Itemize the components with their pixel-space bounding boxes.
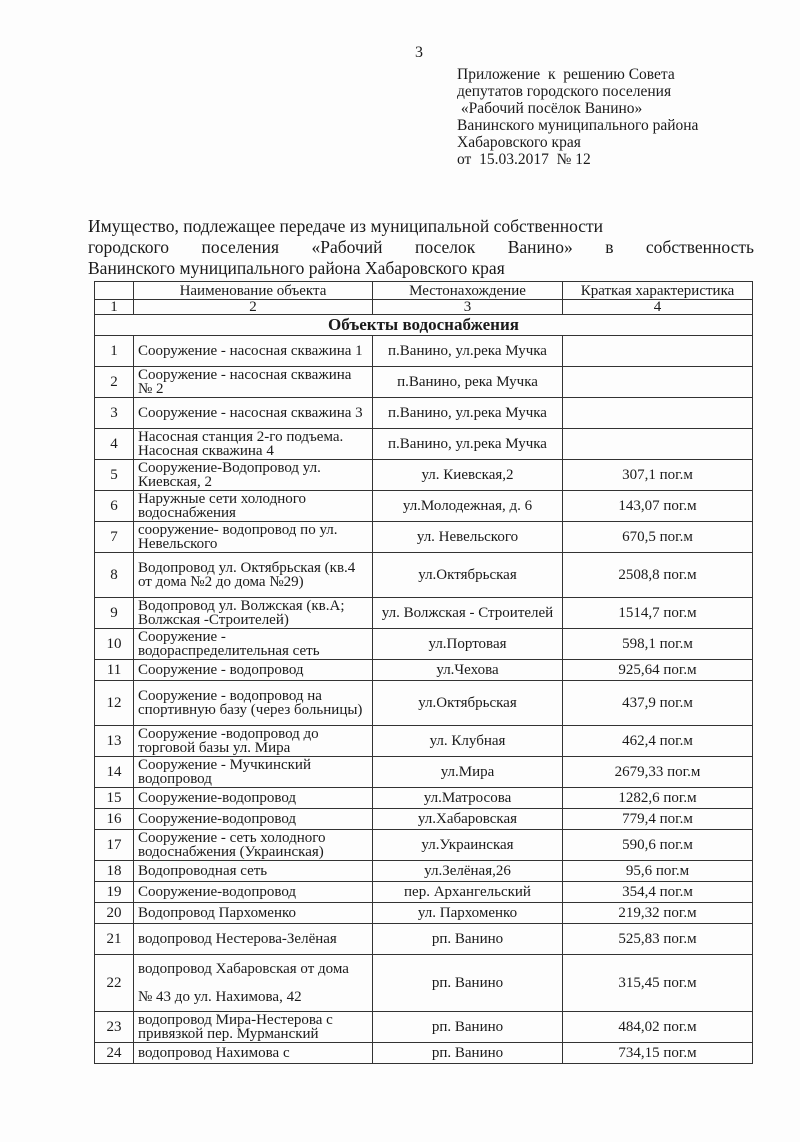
row-number: 22	[95, 955, 134, 1012]
object-name: Сооружение - водопровод	[134, 660, 373, 681]
characteristic: 670,5 пог.м	[563, 522, 753, 553]
location: рп. Ванино	[373, 1012, 563, 1043]
row-number: 1	[95, 336, 134, 367]
object-name: Сооружение - водораспределительная сеть	[134, 629, 373, 660]
table-row: 12Сооружение - водопровод на спортивную …	[95, 681, 753, 726]
object-name: водопровод Нахимова с	[134, 1043, 373, 1064]
location: ул.Октябрьская	[373, 553, 563, 598]
characteristic: 590,6 пог.м	[563, 830, 753, 861]
location: ул. Волжская - Строителей	[373, 598, 563, 629]
object-name: сооружение- водопровод по ул. Невельског…	[134, 522, 373, 553]
location: ул.Портовая	[373, 629, 563, 660]
characteristic: 437,9 пог.м	[563, 681, 753, 726]
row-number: 11	[95, 660, 134, 681]
heading-line: городского поселения «Рабочий поселок Ва…	[88, 237, 754, 258]
row-number: 14	[95, 757, 134, 788]
property-table: Наименование объекта Местонахождение Кра…	[94, 281, 753, 1064]
table-row: 22водопровод Хабаровская от дома № 43 до…	[95, 955, 753, 1012]
location: п.Ванино, ул.река Мучка	[373, 336, 563, 367]
location: ул. Клубная	[373, 726, 563, 757]
row-number: 21	[95, 924, 134, 955]
characteristic: 484,02 пог.м	[563, 1012, 753, 1043]
table-row: 4Насосная станция 2-го подъема. Насосная…	[95, 429, 753, 460]
row-number: 7	[95, 522, 134, 553]
table-row: 7сооружение- водопровод по ул. Невельско…	[95, 522, 753, 553]
row-number: 17	[95, 830, 134, 861]
location: ул. Киевская,2	[373, 460, 563, 491]
appendix-header: Приложение к решению Совета депутатов го…	[457, 66, 698, 168]
table-row: 10Сооружение - водораспределительная сет…	[95, 629, 753, 660]
document-heading: Имущество, подлежащее передаче из муници…	[88, 216, 754, 279]
appendix-line: Хабаровского края	[457, 134, 581, 151]
appendix-line: депутатов городского поселения	[457, 83, 671, 100]
characteristic	[563, 336, 753, 367]
object-name: Сооружение-водопровод	[134, 882, 373, 903]
header-characteristic: Краткая характеристика	[563, 282, 753, 300]
location: ул.Октябрьская	[373, 681, 563, 726]
heading-line: Ванинского муниципального района Хабаров…	[88, 258, 754, 279]
column-index-row: 1 2 3 4	[95, 300, 753, 315]
characteristic: 307,1 пог.м	[563, 460, 753, 491]
location: ул. Пархоменко	[373, 903, 563, 924]
location: рп. Ванино	[373, 955, 563, 1012]
table-row: 17Сооружение - сеть холодного водоснабже…	[95, 830, 753, 861]
characteristic: 143,07 пог.м	[563, 491, 753, 522]
row-number: 2	[95, 367, 134, 398]
row-number: 15	[95, 788, 134, 809]
characteristic	[563, 429, 753, 460]
characteristic: 1514,7 пог.м	[563, 598, 753, 629]
characteristic: 734,15 пог.м	[563, 1043, 753, 1064]
location: ул.Мира	[373, 757, 563, 788]
location: ул. Невельского	[373, 522, 563, 553]
page-number: 3	[415, 44, 423, 62]
object-name: Сооружение-водопровод	[134, 788, 373, 809]
object-name: Водопроводная сеть	[134, 861, 373, 882]
characteristic: 315,45 пог.м	[563, 955, 753, 1012]
object-name: Сооружение-Водопровод ул. Киевская, 2	[134, 460, 373, 491]
row-number: 12	[95, 681, 134, 726]
characteristic: 219,32 пог.м	[563, 903, 753, 924]
table-row: 11Сооружение - водопроводул.Чехова925,64…	[95, 660, 753, 681]
characteristic: 779,4 пог.м	[563, 809, 753, 830]
row-number: 5	[95, 460, 134, 491]
section-row: Объекты водоснабжения	[95, 315, 753, 336]
location: ул.Чехова	[373, 660, 563, 681]
location: ул.Матросова	[373, 788, 563, 809]
row-number: 16	[95, 809, 134, 830]
table-row: 19Сооружение-водопроводпер. Архангельски…	[95, 882, 753, 903]
object-name: Сооружение - сеть холодного водоснабжени…	[134, 830, 373, 861]
object-name: Сооружение -водопровод до торговой базы …	[134, 726, 373, 757]
column-index: 4	[563, 300, 753, 315]
row-number: 4	[95, 429, 134, 460]
row-number: 6	[95, 491, 134, 522]
object-name: Сооружение - насосная скважина 3	[134, 398, 373, 429]
characteristic: 2508,8 пог.м	[563, 553, 753, 598]
appendix-line: Приложение к решению Совета	[457, 66, 675, 83]
table-header-row: Наименование объекта Местонахождение Кра…	[95, 282, 753, 300]
row-number: 19	[95, 882, 134, 903]
appendix-line: «Рабочий посёлок Ванино»	[457, 100, 642, 117]
table-row: 6Наружные сети холодного водоснабженияул…	[95, 491, 753, 522]
object-name: Водопровод ул. Октябрьская (кв.4 от дома…	[134, 553, 373, 598]
row-number: 20	[95, 903, 134, 924]
location: ул.Хабаровская	[373, 809, 563, 830]
object-name: Водопровод ул. Волжская (кв.А; Волжская …	[134, 598, 373, 629]
row-number: 10	[95, 629, 134, 660]
column-index: 3	[373, 300, 563, 315]
location: рп. Ванино	[373, 924, 563, 955]
table-row: 2Сооружение - насосная скважина № 2п.Ван…	[95, 367, 753, 398]
appendix-line: от 15.03.2017 № 12	[457, 151, 591, 168]
row-number: 3	[95, 398, 134, 429]
object-name: Наружные сети холодного водоснабжения	[134, 491, 373, 522]
table-row: 24водопровод Нахимова срп. Ванино734,15 …	[95, 1043, 753, 1064]
object-name: водопровод Хабаровская от дома № 43 до у…	[134, 955, 373, 1012]
table-row: 5Сооружение-Водопровод ул. Киевская, 2ул…	[95, 460, 753, 491]
table-row: 8Водопровод ул. Октябрьская (кв.4 от дом…	[95, 553, 753, 598]
location: ул.Зелёная,26	[373, 861, 563, 882]
header-location: Местонахождение	[373, 282, 563, 300]
characteristic	[563, 398, 753, 429]
location: п.Ванино, ул.река Мучка	[373, 429, 563, 460]
row-number: 23	[95, 1012, 134, 1043]
location: рп. Ванино	[373, 1043, 563, 1064]
object-name: Сооружение - Мучкинский водопровод	[134, 757, 373, 788]
object-name: Сооружение-водопровод	[134, 809, 373, 830]
table-row: 3Сооружение - насосная скважина 3п.Ванин…	[95, 398, 753, 429]
characteristic: 925,64 пог.м	[563, 660, 753, 681]
row-number: 13	[95, 726, 134, 757]
object-name: водопровод Мира-Нестерова с привязкой пе…	[134, 1012, 373, 1043]
characteristic: 462,4 пог.м	[563, 726, 753, 757]
characteristic: 1282,6 пог.м	[563, 788, 753, 809]
characteristic: 525,83 пог.м	[563, 924, 753, 955]
table-row: 20Водопровод Пархоменкоул. Пархоменко219…	[95, 903, 753, 924]
characteristic: 2679,33 пог.м	[563, 757, 753, 788]
characteristic: 95,6 пог.м	[563, 861, 753, 882]
location: п.Ванино, ул.река Мучка	[373, 398, 563, 429]
location: п.Ванино, река Мучка	[373, 367, 563, 398]
object-name: Сооружение - водопровод на спортивную ба…	[134, 681, 373, 726]
header-object-name: Наименование объекта	[134, 282, 373, 300]
location: пер. Архангельский	[373, 882, 563, 903]
table-row: 14Сооружение - Мучкинский водопроводул.М…	[95, 757, 753, 788]
table-row: 15Сооружение-водопроводул.Матросова1282,…	[95, 788, 753, 809]
object-name: Насосная станция 2-го подъема. Насосная …	[134, 429, 373, 460]
location: ул.Украинская	[373, 830, 563, 861]
heading-line: Имущество, подлежащее передаче из муници…	[88, 216, 754, 237]
table-row: 23водопровод Мира-Нестерова с привязкой …	[95, 1012, 753, 1043]
column-index: 1	[95, 300, 134, 315]
characteristic	[563, 367, 753, 398]
table-row: 1Сооружение - насосная скважина 1п.Ванин…	[95, 336, 753, 367]
column-index: 2	[134, 300, 373, 315]
row-number: 8	[95, 553, 134, 598]
row-number: 24	[95, 1043, 134, 1064]
row-number: 18	[95, 861, 134, 882]
table-row: 16Сооружение-водопроводул.Хабаровская779…	[95, 809, 753, 830]
location: ул.Молодежная, д. 6	[373, 491, 563, 522]
characteristic: 354,4 пог.м	[563, 882, 753, 903]
table-row: 18Водопроводная сетьул.Зелёная,2695,6 по…	[95, 861, 753, 882]
object-name: Водопровод Пархоменко	[134, 903, 373, 924]
section-title: Объекты водоснабжения	[95, 315, 753, 336]
table-row: 13Сооружение -водопровод до торговой баз…	[95, 726, 753, 757]
row-number: 9	[95, 598, 134, 629]
object-name: Сооружение - насосная скважина № 2	[134, 367, 373, 398]
table-row: 21водопровод Нестерова-Зелёнаярп. Ванино…	[95, 924, 753, 955]
table-row: 9Водопровод ул. Волжская (кв.А; Волжская…	[95, 598, 753, 629]
object-name: водопровод Нестерова-Зелёная	[134, 924, 373, 955]
object-name: Сооружение - насосная скважина 1	[134, 336, 373, 367]
characteristic: 598,1 пог.м	[563, 629, 753, 660]
header-number	[95, 282, 134, 300]
appendix-line: Ванинского муниципального района	[457, 117, 698, 134]
